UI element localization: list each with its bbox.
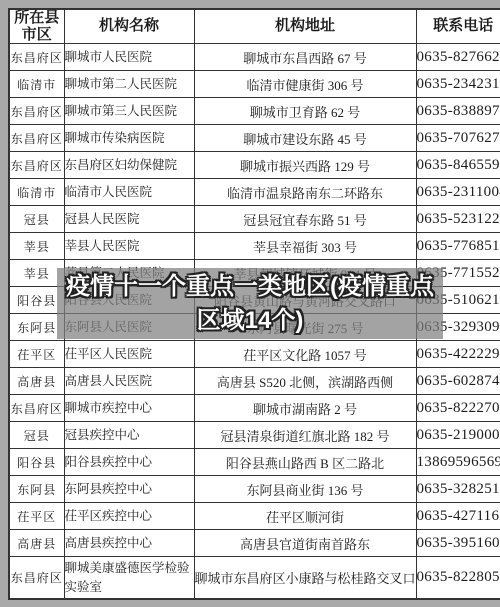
cell-address: 东阿县商业街 136 号 <box>194 476 416 503</box>
cell-phone: 0635-6028740 <box>416 368 500 395</box>
cell-phone: 0635-8388976 <box>416 98 500 125</box>
cell-phone: 0635-3951606 <box>416 530 500 557</box>
cell-address: 冠县冠宜春东路 51 号 <box>194 206 416 233</box>
cell-name: 冠县人民医院 <box>64 206 194 233</box>
cell-address: 聊城市东昌府区小康路与松桂路交叉口 <box>194 557 416 600</box>
cell-name: 莘县人民医院 <box>64 233 194 260</box>
cell-address: 临清市健康街 306 号 <box>194 71 416 98</box>
cell-district: 高唐县 <box>9 368 64 395</box>
cell-district: 莘县 <box>9 260 64 287</box>
cell-phone: 0635-8276627 <box>416 44 500 71</box>
cell-address: 茌平区顺河街 <box>194 503 416 530</box>
cell-district: 阳谷县 <box>9 449 64 476</box>
cell-phone: 0635-8465595 <box>416 152 500 179</box>
cell-address: 聊城市卫育路 62 号 <box>194 98 416 125</box>
cell-phone: 0635-4222297 <box>416 341 500 368</box>
header-institution-address: 机构地址 <box>194 9 416 44</box>
cell-address: 聊城市建设东路 45 号 <box>194 125 416 152</box>
cell-name: 茌平区人民医院 <box>64 341 194 368</box>
table-row: 临清市临清市人民医院临清市温泉路南东二环路东0635-2311004 <box>9 179 500 206</box>
cell-address: 高唐县 S520 北侧，滨湖路西侧 <box>194 368 416 395</box>
table-row: 茌平区茌平区疾控中心茌平区顺河街0635-4271162 <box>9 503 500 530</box>
cell-district: 东昌府区 <box>9 44 64 71</box>
cell-address: 临清市温泉路南东二环路东 <box>194 179 416 206</box>
cell-district: 高唐县 <box>9 530 64 557</box>
cell-phone: 0635-2190001 <box>416 422 500 449</box>
cell-name: 冠县疾控中心 <box>64 422 194 449</box>
cell-address: 聊城市湖南路 2 号 <box>194 395 416 422</box>
cell-phone: 0635-5231229 <box>416 206 500 233</box>
cell-phone: 0635-8222703 <box>416 395 500 422</box>
table-header-row: 所在县市区 机构名称 机构地址 联系电话 <box>9 9 500 44</box>
cell-name: 聊城市人民医院 <box>64 44 194 71</box>
cell-district: 阳谷县 <box>9 287 64 314</box>
table-row: 临清市聊城市第二人民医院临清市健康街 306 号0635-2342315 <box>9 71 500 98</box>
cell-phone: 0635-4271162 <box>416 503 500 530</box>
cell-address: 冠县清泉街道红旗北路 182 号 <box>194 422 416 449</box>
watermark-overlay: 疫情十一个重点一类地区(疫情重点区域14个) <box>57 268 443 339</box>
watermark-text: 疫情十一个重点一类地区(疫情重点区域14个) <box>57 270 443 338</box>
table-row: 高唐县高唐县人民医院高唐县 S520 北侧，滨湖路西侧0635-6028740 <box>9 368 500 395</box>
page-background: 所在县市区 机构名称 机构地址 联系电话 东昌府区聊城市人民医院聊城市东昌西路 … <box>0 0 500 607</box>
cell-name: 东昌府区妇幼保健院 <box>64 152 194 179</box>
cell-district: 东昌府区 <box>9 98 64 125</box>
cell-name: 阳谷县疾控中心 <box>64 449 194 476</box>
cell-district: 东昌府区 <box>9 395 64 422</box>
cell-district: 东昌府区 <box>9 152 64 179</box>
header-contact-phone: 联系电话 <box>416 9 500 44</box>
table-row: 东昌府区聊城市传染病医院聊城市建设东路 45 号0635-7076272 <box>9 125 500 152</box>
table-row: 东昌府区东昌府区妇幼保健院聊城市振兴西路 129 号0635-8465595 <box>9 152 500 179</box>
cell-address: 高唐县官道街南首路东 <box>194 530 416 557</box>
cell-name: 聊城美康盛德医学检验实验室 <box>64 557 194 600</box>
cell-name: 高唐县疾控中心 <box>64 530 194 557</box>
table-row: 茌平区茌平区人民医院茌平区文化路 1057 号0635-4222297 <box>9 341 500 368</box>
cell-district: 冠县 <box>9 206 64 233</box>
table-row: 东阿县东阿县疾控中心东阿县商业街 136 号0635-3282519 <box>9 476 500 503</box>
cell-phone: 0635-3282519 <box>416 476 500 503</box>
cell-district: 东阿县 <box>9 314 64 341</box>
cell-address: 聊城市东昌西路 67 号 <box>194 44 416 71</box>
cell-address: 莘县幸福街 303 号 <box>194 233 416 260</box>
cell-district: 东昌府区 <box>9 125 64 152</box>
table-row: 东昌府区聊城市疾控中心聊城市湖南路 2 号0635-8222703 <box>9 395 500 422</box>
cell-district: 茌平区 <box>9 341 64 368</box>
cell-phone: 0635-2342315 <box>416 71 500 98</box>
table-row: 冠县冠县人民医院冠县冠宜春东路 51 号0635-5231229 <box>9 206 500 233</box>
cell-phone: 0635-8228052 <box>416 557 500 600</box>
cell-phone: 13869596569 <box>416 449 500 476</box>
cell-name: 聊城市疾控中心 <box>64 395 194 422</box>
table-row: 阳谷县阳谷县疾控中心阳谷县燕山路西 B 区二路北13869596569 <box>9 449 500 476</box>
cell-district: 东昌府区 <box>9 557 64 600</box>
table-row: 冠县冠县疾控中心冠县清泉街道红旗北路 182 号0635-2190001 <box>9 422 500 449</box>
cell-address: 茌平区文化路 1057 号 <box>194 341 416 368</box>
cell-district: 茌平区 <box>9 503 64 530</box>
cell-name: 高唐县人民医院 <box>64 368 194 395</box>
table-row: 东昌府区聊城市人民医院聊城市东昌西路 67 号0635-8276627 <box>9 44 500 71</box>
cell-name: 聊城市传染病医院 <box>64 125 194 152</box>
cell-phone: 0635-7768519 <box>416 233 500 260</box>
cell-name: 东阿县疾控中心 <box>64 476 194 503</box>
header-institution-name: 机构名称 <box>64 9 194 44</box>
cell-district: 临清市 <box>9 71 64 98</box>
table-row: 东昌府区聊城美康盛德医学检验实验室聊城市东昌府区小康路与松桂路交叉口0635-8… <box>9 557 500 600</box>
cell-name: 临清市人民医院 <box>64 179 194 206</box>
cell-district: 临清市 <box>9 179 64 206</box>
cell-address: 阳谷县燕山路西 B 区二路北 <box>194 449 416 476</box>
table-row: 高唐县高唐县疾控中心高唐县官道街南首路东0635-3951606 <box>9 530 500 557</box>
cell-name: 聊城市第三人民医院 <box>64 98 194 125</box>
table-row: 东昌府区聊城市第三人民医院聊城市卫育路 62 号0635-8388976 <box>9 98 500 125</box>
table-row: 莘县莘县人民医院莘县幸福街 303 号0635-7768519 <box>9 233 500 260</box>
cell-phone: 0635-7076272 <box>416 125 500 152</box>
header-district: 所在县市区 <box>9 9 64 44</box>
cell-name: 茌平区疾控中心 <box>64 503 194 530</box>
cell-phone: 0635-2311004 <box>416 179 500 206</box>
cell-address: 聊城市振兴西路 129 号 <box>194 152 416 179</box>
cell-district: 冠县 <box>9 422 64 449</box>
cell-name: 聊城市第二人民医院 <box>64 71 194 98</box>
cell-district: 东阿县 <box>9 476 64 503</box>
cell-district: 莘县 <box>9 233 64 260</box>
